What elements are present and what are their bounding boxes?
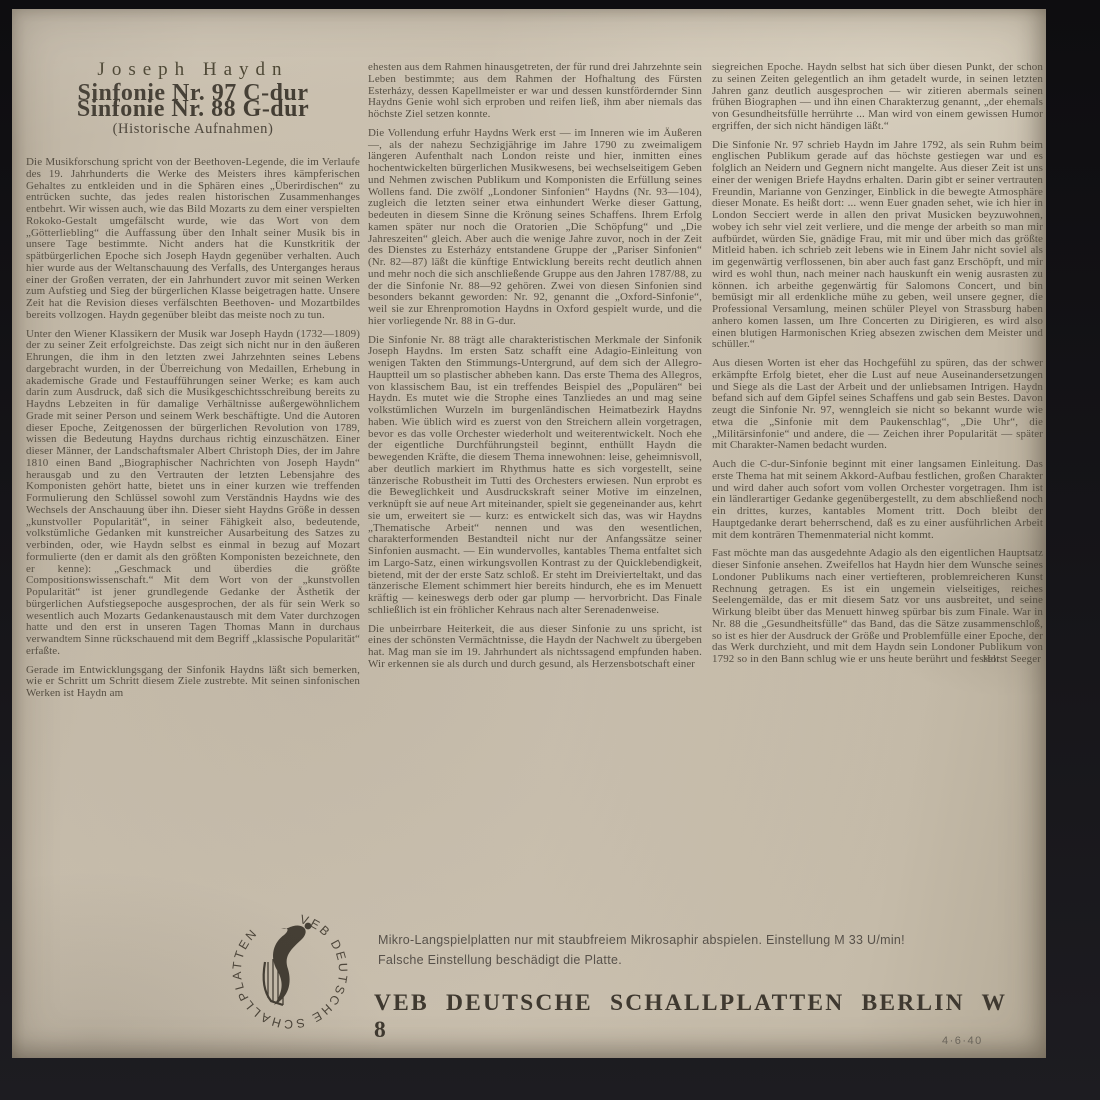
paragraph: Die Sinfonie Nr. 88 trägt alle charakter… <box>368 335 702 617</box>
paragraph: Aus diesen Worten ist eher das Hochgefüh… <box>712 358 1043 452</box>
paragraph: Die Sinfonie Nr. 97 schrieb Haydn im Jah… <box>712 140 1043 352</box>
print-code: 4·6·40 <box>942 1035 983 1047</box>
column-2-paragraphs: ehesten aus dem Rahmen hinausgetreten, d… <box>368 62 702 671</box>
composer-name: Joseph Haydn <box>26 64 360 76</box>
column-3-paragraphs: siegreichen Epoche. Haydn selbst hat sic… <box>712 62 1043 666</box>
paragraph: Die Vollendung erfuhr Haydns Werk erst —… <box>368 128 702 328</box>
publisher-imprint: VEB DEUTSCHE SCHALLPLATTEN BERLIN W 8 <box>374 990 1014 1044</box>
paragraph: Gerade im Entwicklungsgang der Sinfonik … <box>26 665 360 700</box>
playback-notice-line-2: Falsche Einstellung beschädigt die Platt… <box>378 950 918 970</box>
column-1-paragraphs: Die Musikforschung spricht von der Beeth… <box>26 157 360 700</box>
paragraph: siegreichen Epoche. Haydn selbst hat sic… <box>712 62 1043 133</box>
photo-of-record-sleeve: { "cover": { "header": { "composer": "Jo… <box>0 0 1100 1100</box>
paragraph: Die unbeirrbare Heiterkeit, die aus dies… <box>368 624 702 671</box>
paragraph: Fast möchte man das ausgedehnte Adagio a… <box>712 548 1043 666</box>
playback-notice: Mikro-Langspielplatten nur mit staubfrei… <box>378 930 918 970</box>
header-block: Joseph Haydn Sinfonie Nr. 97 C-dur Sinfo… <box>26 64 360 136</box>
veb-deutsche-schallplatten-logo: VEB DEUTSCHE SCHALLPLATTEN <box>228 906 352 1036</box>
work-title-2: Sinfonie Nr. 88 G-dur <box>26 104 360 116</box>
paragraph: Die Musikforschung spricht von der Beeth… <box>26 157 360 322</box>
subtitle-historic-recordings: (Historische Aufnahmen) <box>26 124 360 136</box>
text-column-3: siegreichen Epoche. Haydn selbst hat sic… <box>712 62 1043 666</box>
text-column-2: ehesten aus dem Rahmen hinausgetreten, d… <box>368 62 702 678</box>
paragraph: Auch die C-dur-Sinfonie beginnt mit eine… <box>712 459 1043 541</box>
record-sleeve-back-cover: Joseph Haydn Sinfonie Nr. 97 C-dur Sinfo… <box>12 9 1046 1058</box>
text-column-1: Joseph Haydn Sinfonie Nr. 97 C-dur Sinfo… <box>26 62 360 707</box>
paragraph: ehesten aus dem Rahmen hinausgetreten, d… <box>368 62 702 121</box>
paragraph: Unter den Wiener Klassikern der Musik wa… <box>26 329 360 658</box>
lyre-icon <box>264 923 312 1005</box>
playback-notice-line-1: Mikro-Langspielplatten nur mit staubfrei… <box>378 930 918 950</box>
